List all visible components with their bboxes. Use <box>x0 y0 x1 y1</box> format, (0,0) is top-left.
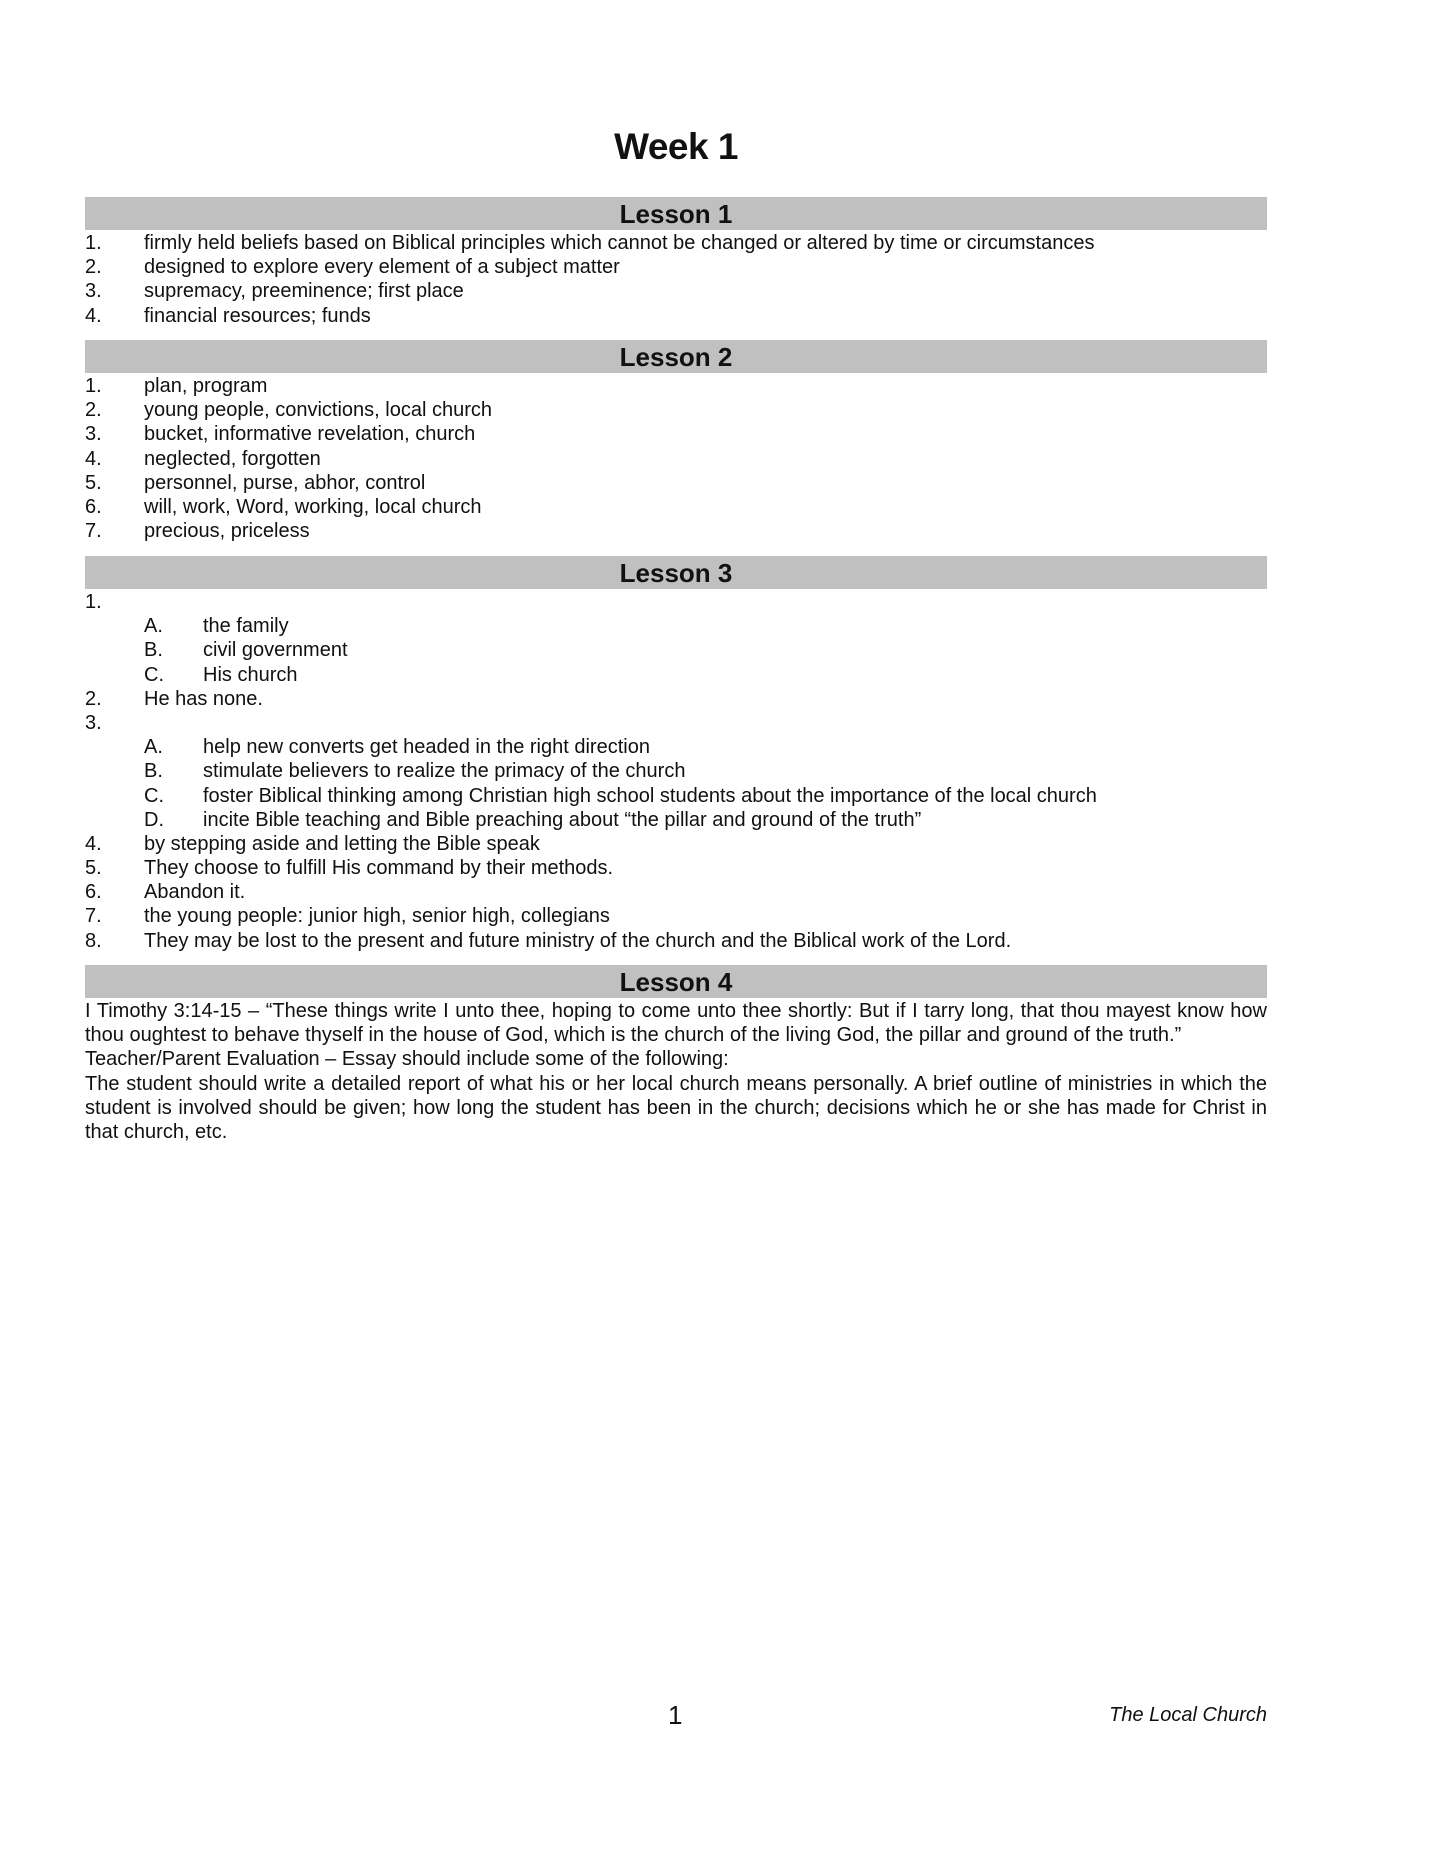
sub-list-item: C.His church <box>85 663 1267 687</box>
lesson-1-answers: 1.firmly held beliefs based on Biblical … <box>85 231 1267 328</box>
item-number: 5. <box>85 856 102 880</box>
lesson-2-header: Lesson 2 <box>85 340 1267 373</box>
list-item: 4.by stepping aside and letting the Bibl… <box>85 832 1267 856</box>
item-text: bucket, informative revelation, church <box>144 422 475 446</box>
page-title: Week 1 <box>0 126 1352 168</box>
list-item: 7.the young people: junior high, senior … <box>85 904 1267 928</box>
item-number: 6. <box>85 495 102 519</box>
list-item: 4.neglected, forgotten <box>85 447 1267 471</box>
item-number: 1. <box>85 231 102 255</box>
list-item: 6.Abandon it. <box>85 880 1267 904</box>
item-text: Abandon it. <box>144 880 245 904</box>
list-item: 1. <box>85 590 1267 614</box>
list-item: 4.financial resources; funds <box>85 304 1267 328</box>
lesson-2-answers: 1.plan, program 2.young people, convicti… <box>85 374 1267 543</box>
sub-list-item: B.civil government <box>85 638 1267 662</box>
item-text: personnel, purse, abhor, control <box>144 471 425 495</box>
list-item: 1.plan, program <box>85 374 1267 398</box>
item-number: 6. <box>85 880 102 904</box>
item-number: 2. <box>85 398 102 422</box>
lesson-1-header: Lesson 1 <box>85 197 1267 230</box>
sub-item-letter: C. <box>144 663 164 687</box>
list-item: 5.They choose to fulfill His command by … <box>85 856 1267 880</box>
item-number: 7. <box>85 519 102 543</box>
sub-item-text: the family <box>203 614 289 638</box>
sub-list-item: A.help new converts get headed in the ri… <box>85 735 1267 759</box>
item-number: 1. <box>85 590 102 614</box>
scripture-paragraph: I Timothy 3:14-15 – “These things write … <box>85 999 1267 1047</box>
sub-item-letter: B. <box>144 638 163 662</box>
list-item: 3. <box>85 711 1267 735</box>
list-item: 8.They may be lost to the present and fu… <box>85 929 1267 953</box>
sub-list-item: A.the family <box>85 614 1267 638</box>
item-number: 3. <box>85 279 102 303</box>
item-number: 5. <box>85 471 102 495</box>
lesson-4-content: I Timothy 3:14-15 – “These things write … <box>85 999 1267 1144</box>
list-item: 2.designed to explore every element of a… <box>85 255 1267 279</box>
sub-item-letter: A. <box>144 735 163 759</box>
item-text: firmly held beliefs based on Biblical pr… <box>144 231 1094 255</box>
list-item: 5.personnel, purse, abhor, control <box>85 471 1267 495</box>
item-text: plan, program <box>144 374 267 398</box>
sub-list-item: C.foster Biblical thinking among Christi… <box>85 784 1267 808</box>
sub-item-letter: D. <box>144 808 164 832</box>
evaluation-heading: Teacher/Parent Evaluation – Essay should… <box>85 1047 1267 1071</box>
evaluation-paragraph: The student should write a detailed repo… <box>85 1072 1267 1145</box>
item-text: financial resources; funds <box>144 304 371 328</box>
list-item: 3.bucket, informative revelation, church <box>85 422 1267 446</box>
sub-item-text: stimulate believers to realize the prima… <box>203 759 685 783</box>
item-text: designed to explore every element of a s… <box>144 255 620 279</box>
item-text: They choose to fulfill His command by th… <box>144 856 613 880</box>
list-item: 2.young people, convictions, local churc… <box>85 398 1267 422</box>
item-text: neglected, forgotten <box>144 447 321 471</box>
item-number: 4. <box>85 447 102 471</box>
item-number: 1. <box>85 374 102 398</box>
item-number: 7. <box>85 904 102 928</box>
sub-item-text: help new converts get headed in the righ… <box>203 735 650 759</box>
sub-item-letter: A. <box>144 614 163 638</box>
item-text: the young people: junior high, senior hi… <box>144 904 610 928</box>
lesson-3-header: Lesson 3 <box>85 556 1267 589</box>
list-item: 2.He has none. <box>85 687 1267 711</box>
lesson-4-header: Lesson 4 <box>85 965 1267 998</box>
lesson-3-answers: 1. A.the family B.civil government C.His… <box>85 590 1267 953</box>
item-number: 3. <box>85 711 102 735</box>
item-text: by stepping aside and letting the Bible … <box>144 832 540 856</box>
item-number: 3. <box>85 422 102 446</box>
item-text: young people, convictions, local church <box>144 398 492 422</box>
item-number: 8. <box>85 929 102 953</box>
list-item: 7.precious, priceless <box>85 519 1267 543</box>
item-text: supremacy, preeminence; first place <box>144 279 464 303</box>
item-text: They may be lost to the present and futu… <box>144 929 1011 953</box>
footer-book-title: The Local Church <box>1109 1704 1267 1727</box>
list-item: 1.firmly held beliefs based on Biblical … <box>85 231 1267 255</box>
sub-list-item: D.incite Bible teaching and Bible preach… <box>85 808 1267 832</box>
item-number: 4. <box>85 832 102 856</box>
list-item: 3.supremacy, preeminence; first place <box>85 279 1267 303</box>
sub-item-letter: C. <box>144 784 164 808</box>
list-item: 6.will, work, Word, working, local churc… <box>85 495 1267 519</box>
sub-list-item: B.stimulate believers to realize the pri… <box>85 759 1267 783</box>
sub-item-text: incite Bible teaching and Bible preachin… <box>203 808 921 832</box>
sub-item-text: foster Biblical thinking among Christian… <box>203 784 1097 808</box>
item-number: 4. <box>85 304 102 328</box>
page-number: 1 <box>668 1700 682 1731</box>
item-text: He has none. <box>144 687 263 711</box>
sub-item-text: His church <box>203 663 297 687</box>
item-text: will, work, Word, working, local church <box>144 495 482 519</box>
sub-item-text: civil government <box>203 638 348 662</box>
item-number: 2. <box>85 687 102 711</box>
sub-item-letter: B. <box>144 759 163 783</box>
item-number: 2. <box>85 255 102 279</box>
item-text: precious, priceless <box>144 519 310 543</box>
